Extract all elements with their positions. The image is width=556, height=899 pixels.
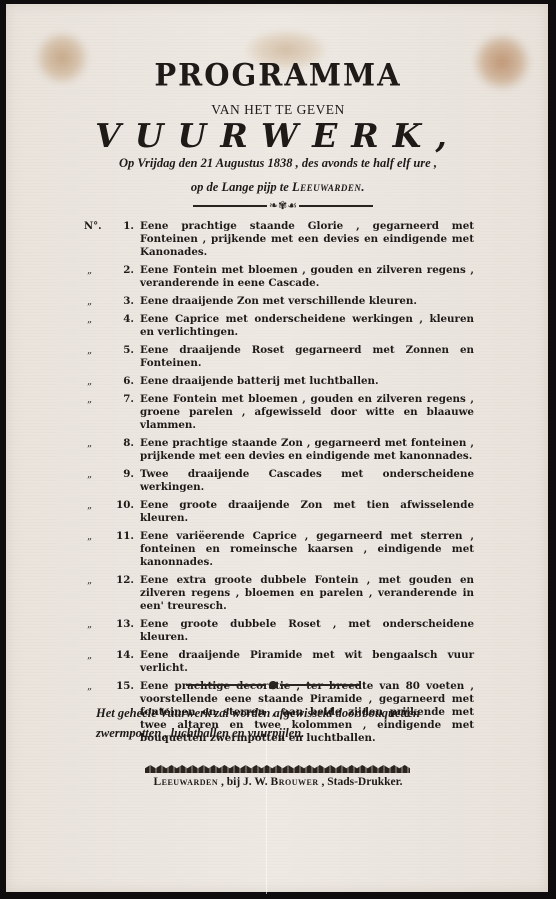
ditto-mark: „ [87,680,107,693]
list-item: „2.Eene Fontein met bloemen , gouden en … [84,264,474,290]
list-item: „10.Eene groote draaijende Zon met tien … [84,499,474,525]
poster-title: PROGRAMMA [0,57,556,93]
program-list: N°.1.Eene prachtige staande Glorie , geg… [84,220,474,750]
ditto-mark: „ [87,375,107,388]
list-item: „9.Twee draaijende Cascades met ondersch… [84,468,474,494]
ditto-mark: „ [87,295,107,308]
ditto-mark: „ [87,313,107,326]
list-item: „14.Eene draaijende Piramide met wit ben… [84,649,474,675]
main-heading: VUURWERK, [0,116,556,155]
list-item: „4.Eene Caprice met onderscheidene werki… [84,313,474,339]
ditto-mark: „ [87,393,107,406]
ditto-mark: „ [87,530,107,543]
place-line-prefix: op de Lange pijp te [191,180,292,194]
ditto-mark: „ [87,437,107,450]
ditto-mark: „ [87,344,107,357]
ditto-mark: „ [87,264,107,277]
ditto-mark: „ [87,618,107,631]
list-item: „3.Eene draaijende Zon met verschillende… [84,295,474,308]
ditto-mark: „ [87,499,107,512]
list-item: „6.Eene draaijende batterij met luchtbal… [84,375,474,388]
ornament-divider-top: ❧✾☙ [190,201,376,211]
place-line-city: Leeuwarden. [292,180,365,194]
list-prefix: N°. [84,220,104,233]
ditto-mark: „ [87,649,107,662]
imprint-city: Leeuwarden [153,776,218,788]
list-item: „7.Eene Fontein met bloemen , gouden en … [84,393,474,432]
list-item: „12.Eene extra groote dubbele Fontein , … [84,574,474,613]
ditto-mark: „ [87,574,107,587]
ornament-divider-middle: ● [183,680,363,690]
ditto-mark: „ [87,468,107,481]
date-line: Op Vrijdag den 21 Augustus 1838 , des av… [0,156,556,171]
closing-note: Het geheele Vuurwerk zal worden afgewiss… [96,703,476,743]
list-item: N°.1.Eene prachtige staande Glorie , geg… [84,220,474,259]
rosette-icon: ● [268,680,278,690]
list-item: „13.Eene groote dubbele Roset , met onde… [84,618,474,644]
place-line: op de Lange pijp te Leeuwarden. [0,180,556,195]
list-item: „8.Eene prachtige staande Zon , gegarnee… [84,437,474,463]
flourish-icon: ❧✾☙ [269,201,297,211]
printer-imprint: Leeuwarden , bij J. W. Brouwer , Stads-D… [0,776,556,788]
imprint-printer: Brouwer [271,776,319,788]
list-item: „5.Eene draaijende Roset gegarneerd met … [84,344,474,370]
list-item: „11.Eene variëerende Caprice , gegarneer… [84,530,474,569]
